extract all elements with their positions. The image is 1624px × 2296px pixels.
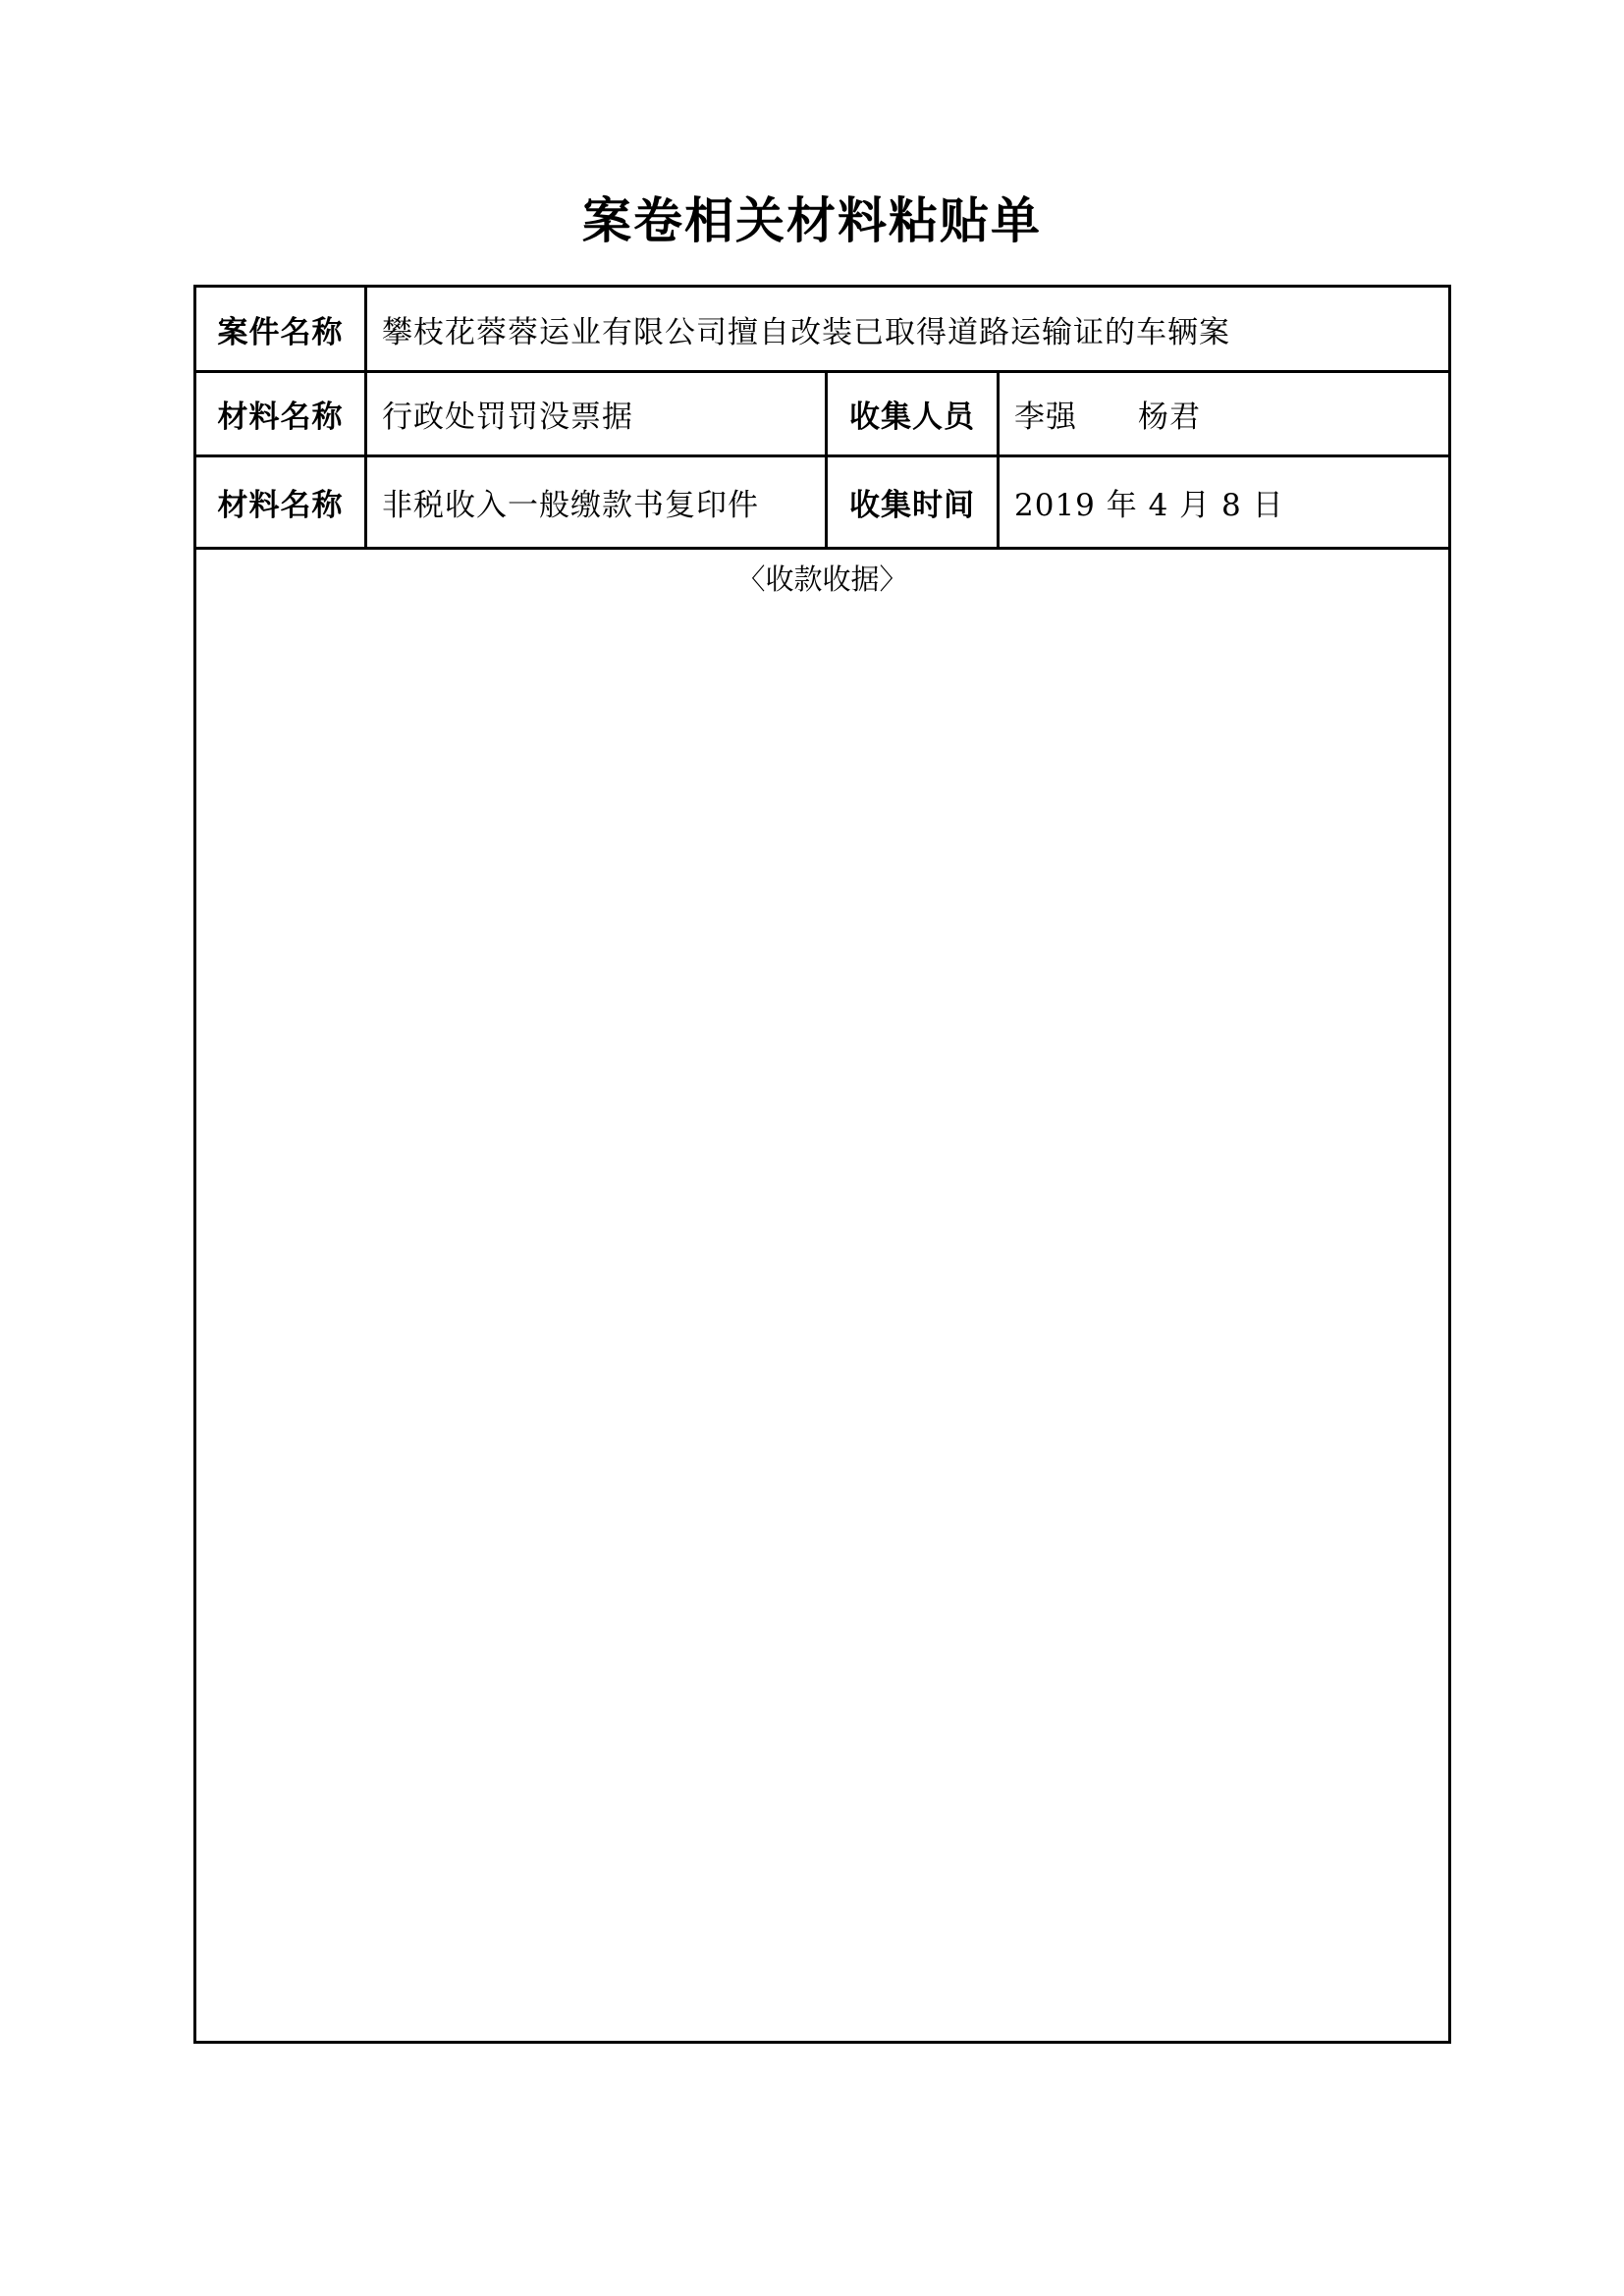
material-name-label: 材料名称 bbox=[196, 457, 367, 547]
collectors-value: 李强 杨君 bbox=[1000, 373, 1448, 454]
material-row-2: 材料名称 非税收入一般缴款书复印件 收集时间 2019 年 4 月 8 日 bbox=[196, 457, 1448, 550]
collector-name: 李强 bbox=[1014, 392, 1077, 436]
collector-name: 杨君 bbox=[1138, 392, 1201, 436]
attachment-caption: 〈收款收据〉 bbox=[196, 560, 1448, 599]
collection-time-value: 2019 年 4 月 8 日 bbox=[1000, 457, 1448, 547]
material-name-label: 材料名称 bbox=[196, 373, 367, 454]
case-name-row: 案件名称 攀枝花蓉蓉运业有限公司擅自改装已取得道路运输证的车辆案 bbox=[196, 288, 1448, 373]
material-name-value: 非税收入一般缴款书复印件 bbox=[367, 457, 828, 547]
collection-time-label: 收集时间 bbox=[828, 457, 1000, 547]
material-row-1: 材料名称 行政处罚罚没票据 收集人员 李强 杨君 bbox=[196, 373, 1448, 457]
collectors-label: 收集人员 bbox=[828, 373, 1000, 454]
case-name-value: 攀枝花蓉蓉运业有限公司擅自改装已取得道路运输证的车辆案 bbox=[367, 288, 1448, 370]
case-name-label: 案件名称 bbox=[196, 288, 367, 370]
document-title: 案卷相关材料粘贴单 bbox=[0, 187, 1624, 255]
material-paste-form: 案件名称 攀枝花蓉蓉运业有限公司擅自改装已取得道路运输证的车辆案 材料名称 行政… bbox=[193, 285, 1451, 2044]
material-name-value: 行政处罚罚没票据 bbox=[367, 373, 828, 454]
attachment-area: 〈收款收据〉 bbox=[196, 550, 1448, 2041]
